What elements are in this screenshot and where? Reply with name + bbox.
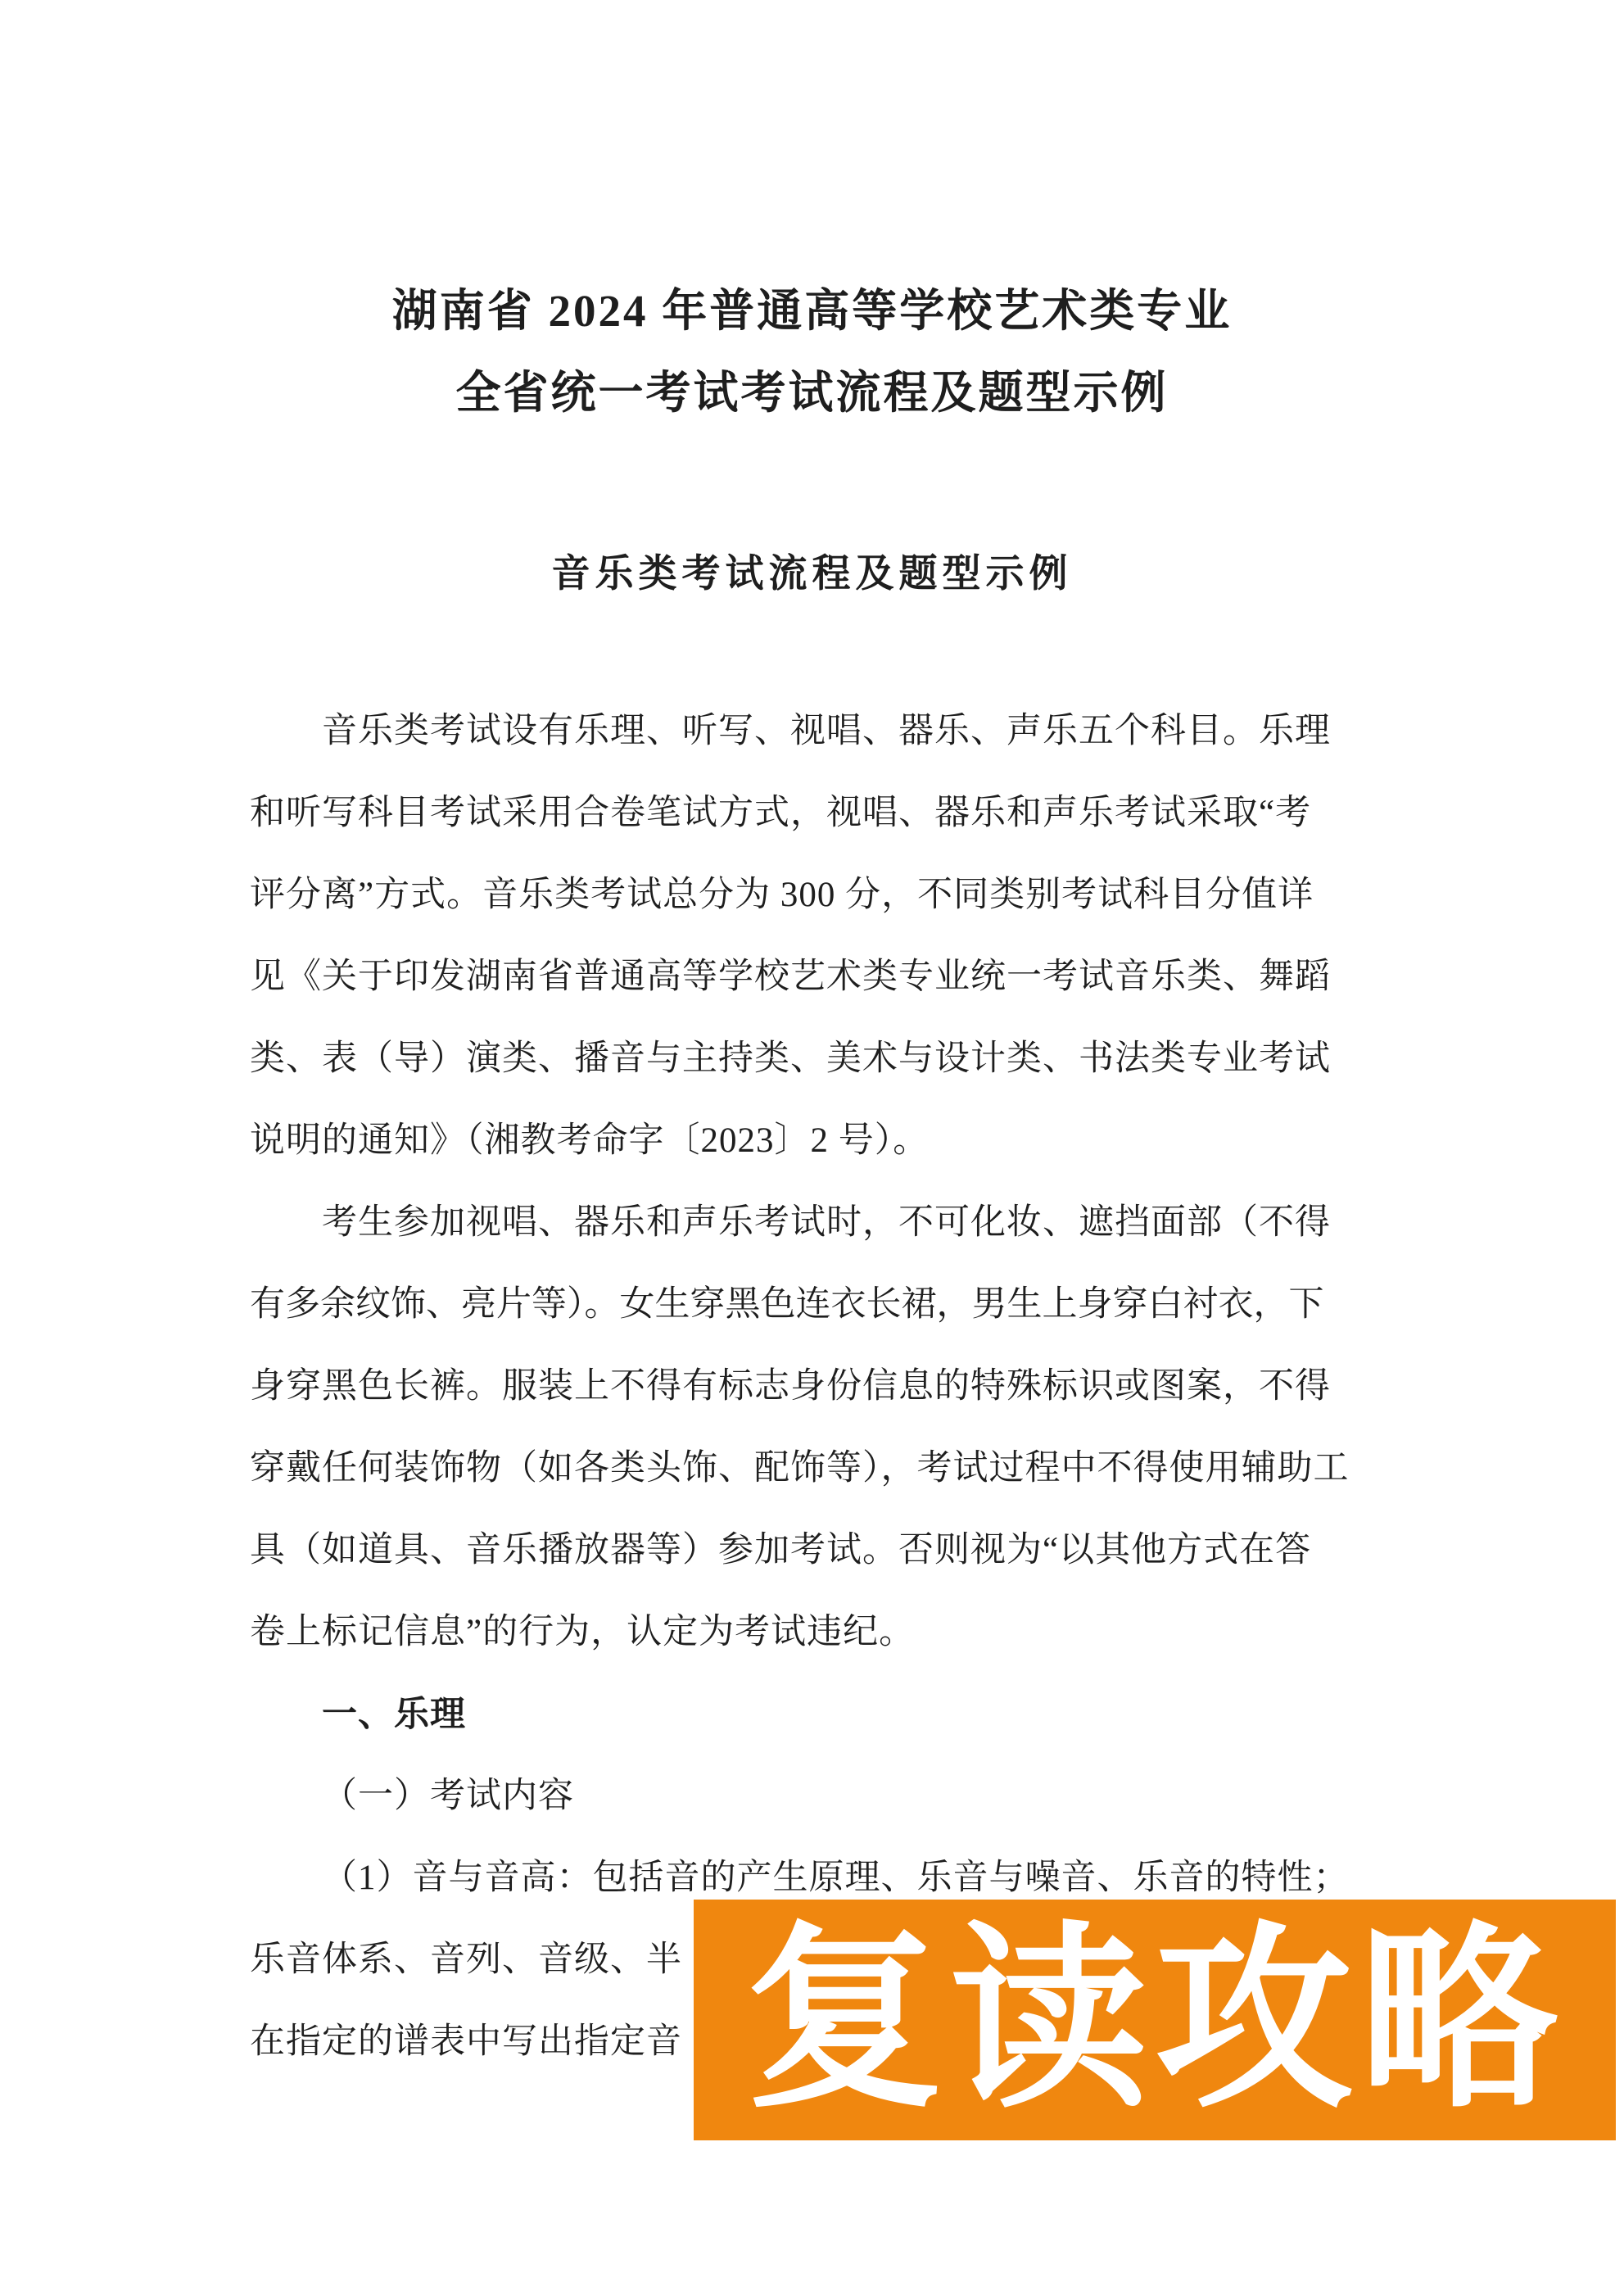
- text-line: （一）考试内容: [250, 1755, 1400, 1837]
- text-line: 类、表（导）演类、播音与主持类、美术与设计类、书法类专业考试: [250, 1018, 1400, 1100]
- text-line: 有多余纹饰、亮片等）。女生穿黑色连衣长裙，男生上身穿白衬衣，下: [250, 1264, 1400, 1346]
- text-line: 具（如道具、音乐播放器等）参加考试。否则视为“以其他方式在答: [250, 1510, 1400, 1592]
- text-line: 身穿黑色长裤。服装上不得有标志身份信息的特殊标识或图案，不得: [250, 1346, 1400, 1428]
- section-heading: 一、乐理: [250, 1673, 1400, 1755]
- text-line: 穿戴任何装饰物（如各类头饰、配饰等），考试过程中不得使用辅助工: [250, 1428, 1400, 1510]
- document-title: 湖南省 2024 年普通高等学校艺术类专业 全省统一考试考试流程及题型示例: [0, 270, 1624, 434]
- text-line: 音乐类考试设有乐理、听写、视唱、器乐、声乐五个科目。乐理: [250, 691, 1400, 772]
- text-line: 卷上标记信息”的行为，认定为考试违纪。: [250, 1592, 1400, 1673]
- text-line: 考生参加视唱、器乐和声乐考试时，不可化妆、遮挡面部（不得: [250, 1182, 1400, 1264]
- text-line: 见《关于印发湖南省普通高等学校艺术类专业统一考试音乐类、舞蹈: [250, 936, 1400, 1018]
- overlay-banner: 复读攻略: [694, 1900, 1616, 2140]
- body-text: 音乐类考试设有乐理、听写、视唱、器乐、声乐五个科目。乐理 和听写科目考试采用合卷…: [250, 691, 1400, 2083]
- text-line: 和听写科目考试采用合卷笔试方式，视唱、器乐和声乐考试采取“考: [250, 772, 1400, 854]
- document-title-line-1: 湖南省 2024 年普通高等学校艺术类专业: [0, 270, 1624, 352]
- document-page: 湖南省 2024 年普通高等学校艺术类专业 全省统一考试考试流程及题型示例 音乐…: [0, 0, 1624, 2296]
- document-subtitle: 音乐类考试流程及题型示例: [0, 532, 1624, 614]
- text-line: 说明的通知》（湘教考命字〔2023〕2 号）。: [250, 1100, 1400, 1182]
- document-title-line-2: 全省统一考试考试流程及题型示例: [0, 352, 1624, 434]
- text-line: 评分离”方式。音乐类考试总分为 300 分，不同类别考试科目分值详: [250, 854, 1400, 936]
- overlay-banner-text: 复读攻略: [694, 1900, 1616, 2140]
